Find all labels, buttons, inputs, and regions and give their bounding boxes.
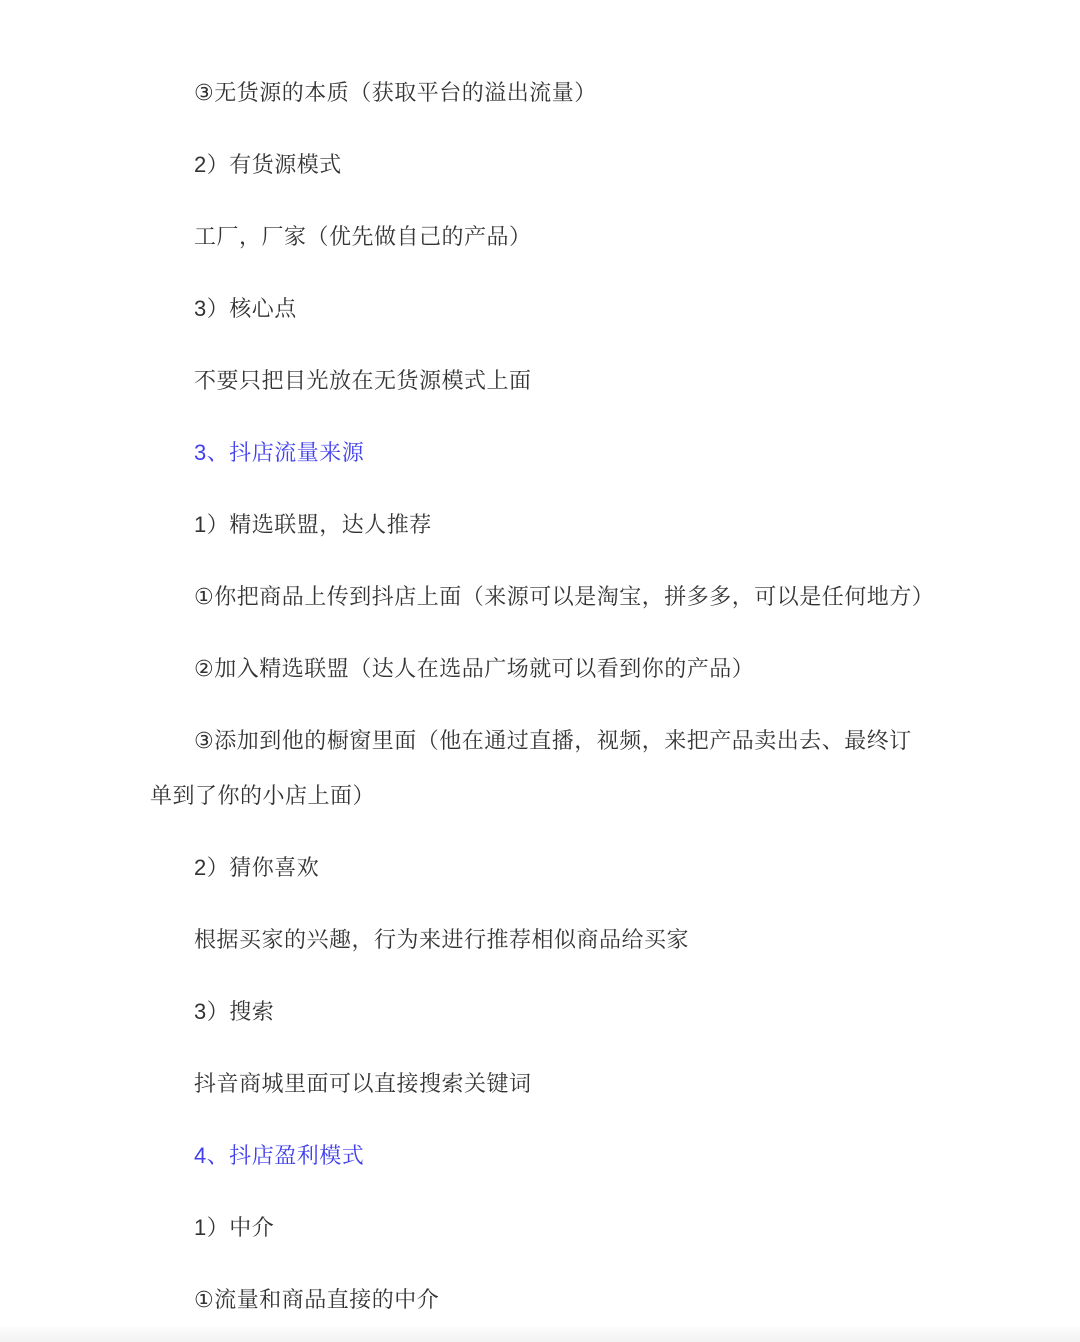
document-page: ③无货源的本质（获取平台的溢出流量）2）有货源模式工厂，厂家（优先做自己的产品）… xyxy=(0,0,1080,1342)
section-heading: 3、抖店流量来源 xyxy=(150,425,930,480)
paragraph: 1）精选联盟，达人推荐 xyxy=(150,497,930,552)
paragraph: 3）核心点 xyxy=(150,281,930,336)
document-body: ③无货源的本质（获取平台的溢出流量）2）有货源模式工厂，厂家（优先做自己的产品）… xyxy=(0,0,1080,1327)
paragraph: ①你把商品上传到抖店上面（来源可以是淘宝，拼多多，可以是任何地方） xyxy=(150,569,930,624)
page-bottom-edge xyxy=(0,1327,1080,1342)
paragraph: ③添加到他的橱窗里面（他在通过直播，视频，来把产品卖出去、最终订单到了你的小店上… xyxy=(150,713,930,823)
paragraph: ③无货源的本质（获取平台的溢出流量） xyxy=(150,65,930,120)
paragraph: 2）猜你喜欢 xyxy=(150,840,930,895)
paragraph: 1）中介 xyxy=(150,1200,930,1255)
paragraph: 不要只把目光放在无货源模式上面 xyxy=(150,353,930,408)
paragraph: 3）搜索 xyxy=(150,984,930,1039)
paragraph: ①流量和商品直接的中介 xyxy=(150,1272,930,1327)
paragraph: 2）有货源模式 xyxy=(150,137,930,192)
section-heading: 4、抖店盈利模式 xyxy=(150,1128,930,1183)
paragraph: 根据买家的兴趣，行为来进行推荐相似商品给买家 xyxy=(150,912,930,967)
paragraph: 工厂，厂家（优先做自己的产品） xyxy=(150,209,930,264)
paragraph: 抖音商城里面可以直接搜索关键词 xyxy=(150,1056,930,1111)
paragraph: ②加入精选联盟（达人在选品广场就可以看到你的产品） xyxy=(150,641,930,696)
